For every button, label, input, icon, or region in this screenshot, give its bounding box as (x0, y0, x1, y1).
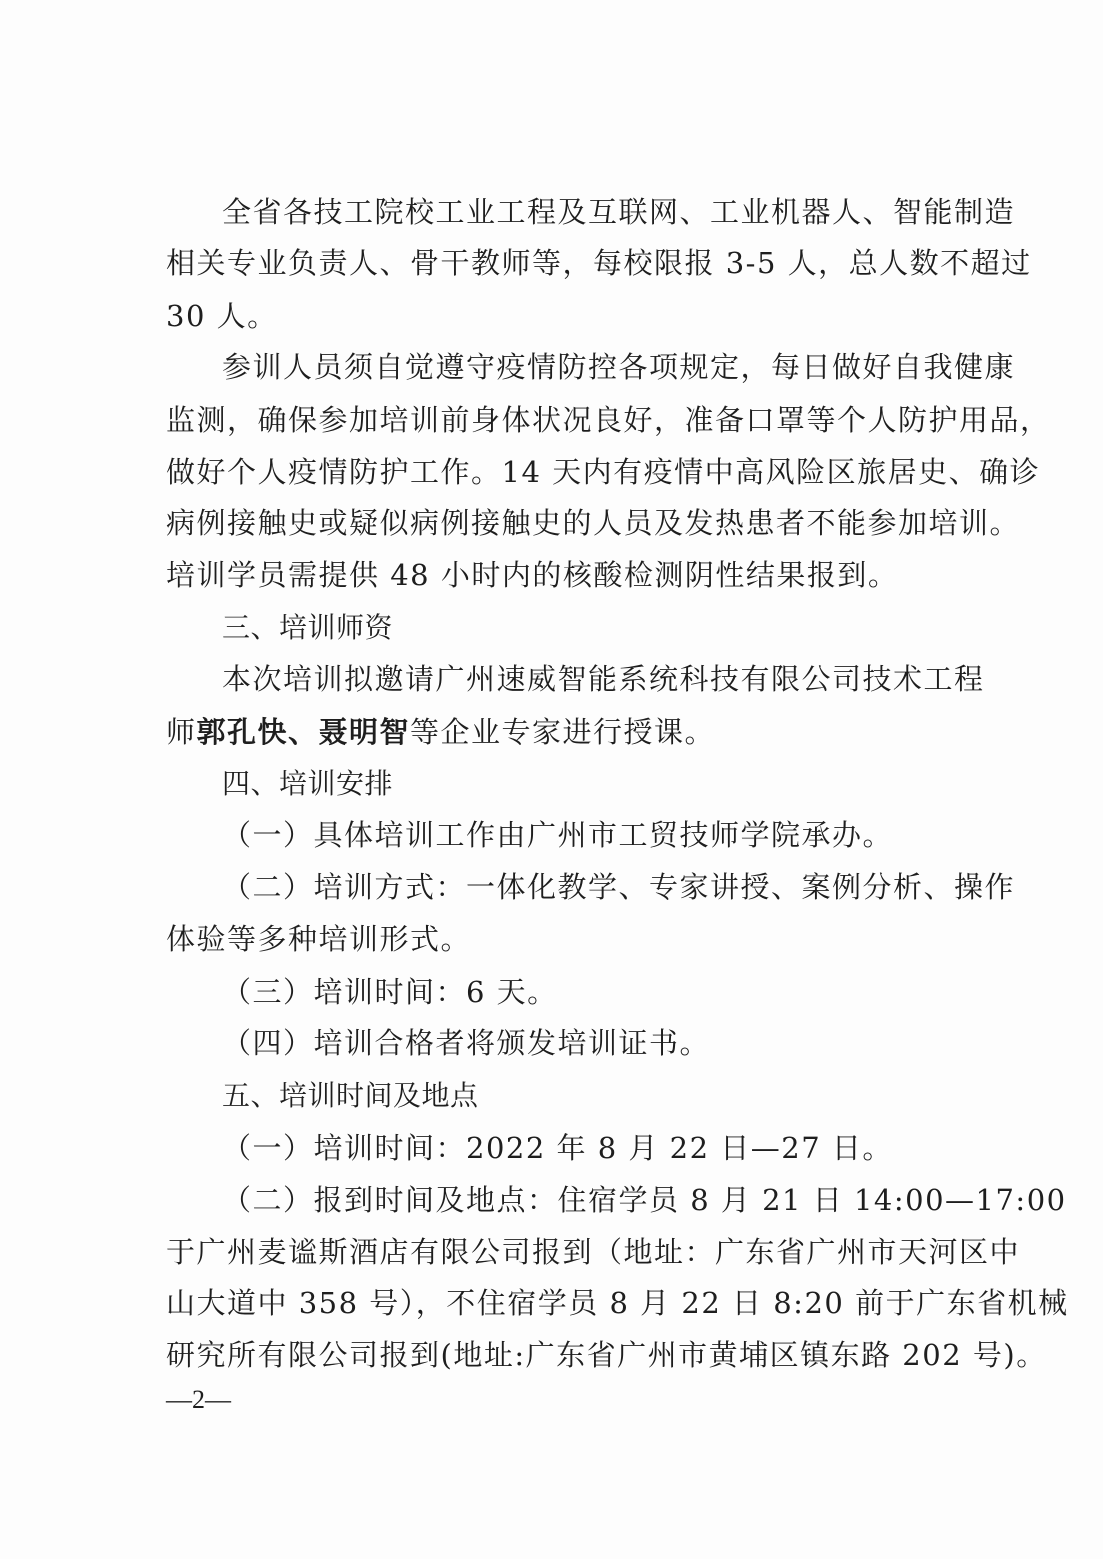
paragraph-line: 相关专业负责人、骨干教师等，每校限报 3-5 人，总人数不超过 (166, 241, 974, 285)
paragraph-line: 全省各技工院校工业工程及互联网、工业机器人、智能制造 (222, 190, 974, 234)
paragraph-line: 培训学员需提供 48 小时内的核酸检测阴性结果报到。 (166, 553, 974, 597)
list-item: （一）具体培训工作由广州市工贸技师学院承办。 (222, 813, 974, 857)
paragraph-line: 30 人。 (166, 294, 974, 338)
paragraph-line: 师郭孔快、聂明智等企业专家进行授课。 (166, 710, 974, 754)
text-span: 等企业专家进行授课。 (410, 715, 715, 749)
list-item-continuation: 山大道中 358 号），不住宿学员 8 月 22 日 8:20 前于广东省机械 (166, 1281, 974, 1325)
expert-names: 郭孔快、聂明智 (197, 715, 411, 749)
paragraph-line: 病例接触史或疑似病例接触史的人员及发热患者不能参加培训。 (166, 501, 974, 545)
paragraph-line: 做好个人疫情防护工作。14 天内有疫情中高风险区旅居史、确诊 (166, 450, 974, 494)
list-item: （三）培训时间：6 天。 (222, 970, 974, 1014)
paragraph-line: 参训人员须自觉遵守疫情防控各项规定，每日做好自我健康 (222, 345, 974, 389)
list-item-continuation: 于广州麦谧斯酒店有限公司报到（地址：广东省广州市天河区中 (166, 1230, 974, 1274)
paragraph-line: 监测，确保参加培训前身体状况良好，准备口罩等个人防护用品， (166, 398, 974, 442)
paragraph-line: 本次培训拟邀请广州速威智能系统科技有限公司技术工程 (222, 657, 974, 701)
text-span: 师 (166, 715, 197, 749)
section-heading: 三、培训师资 (222, 606, 974, 650)
list-item: （二）培训方式：一体化教学、专家讲授、案例分析、操作 (222, 865, 974, 909)
page-number: —2— (166, 1380, 231, 1420)
document-page: 全省各技工院校工业工程及互联网、工业机器人、智能制造 相关专业负责人、骨干教师等… (0, 0, 1103, 1559)
list-item-continuation: 体验等多种培训形式。 (166, 917, 974, 961)
section-heading: 五、培训时间及地点 (222, 1074, 974, 1118)
list-item: （一）培训时间：2022 年 8 月 22 日—27 日。 (222, 1126, 974, 1170)
list-item: （二）报到时间及地点：住宿学员 8 月 21 日 14:00—17:00 (222, 1178, 974, 1222)
list-item-continuation: 研究所有限公司报到(地址:广东省广州市黄埔区镇东路 202 号)。 (166, 1333, 974, 1377)
section-heading: 四、培训安排 (222, 762, 974, 806)
list-item: （四）培训合格者将颁发培训证书。 (222, 1021, 974, 1065)
